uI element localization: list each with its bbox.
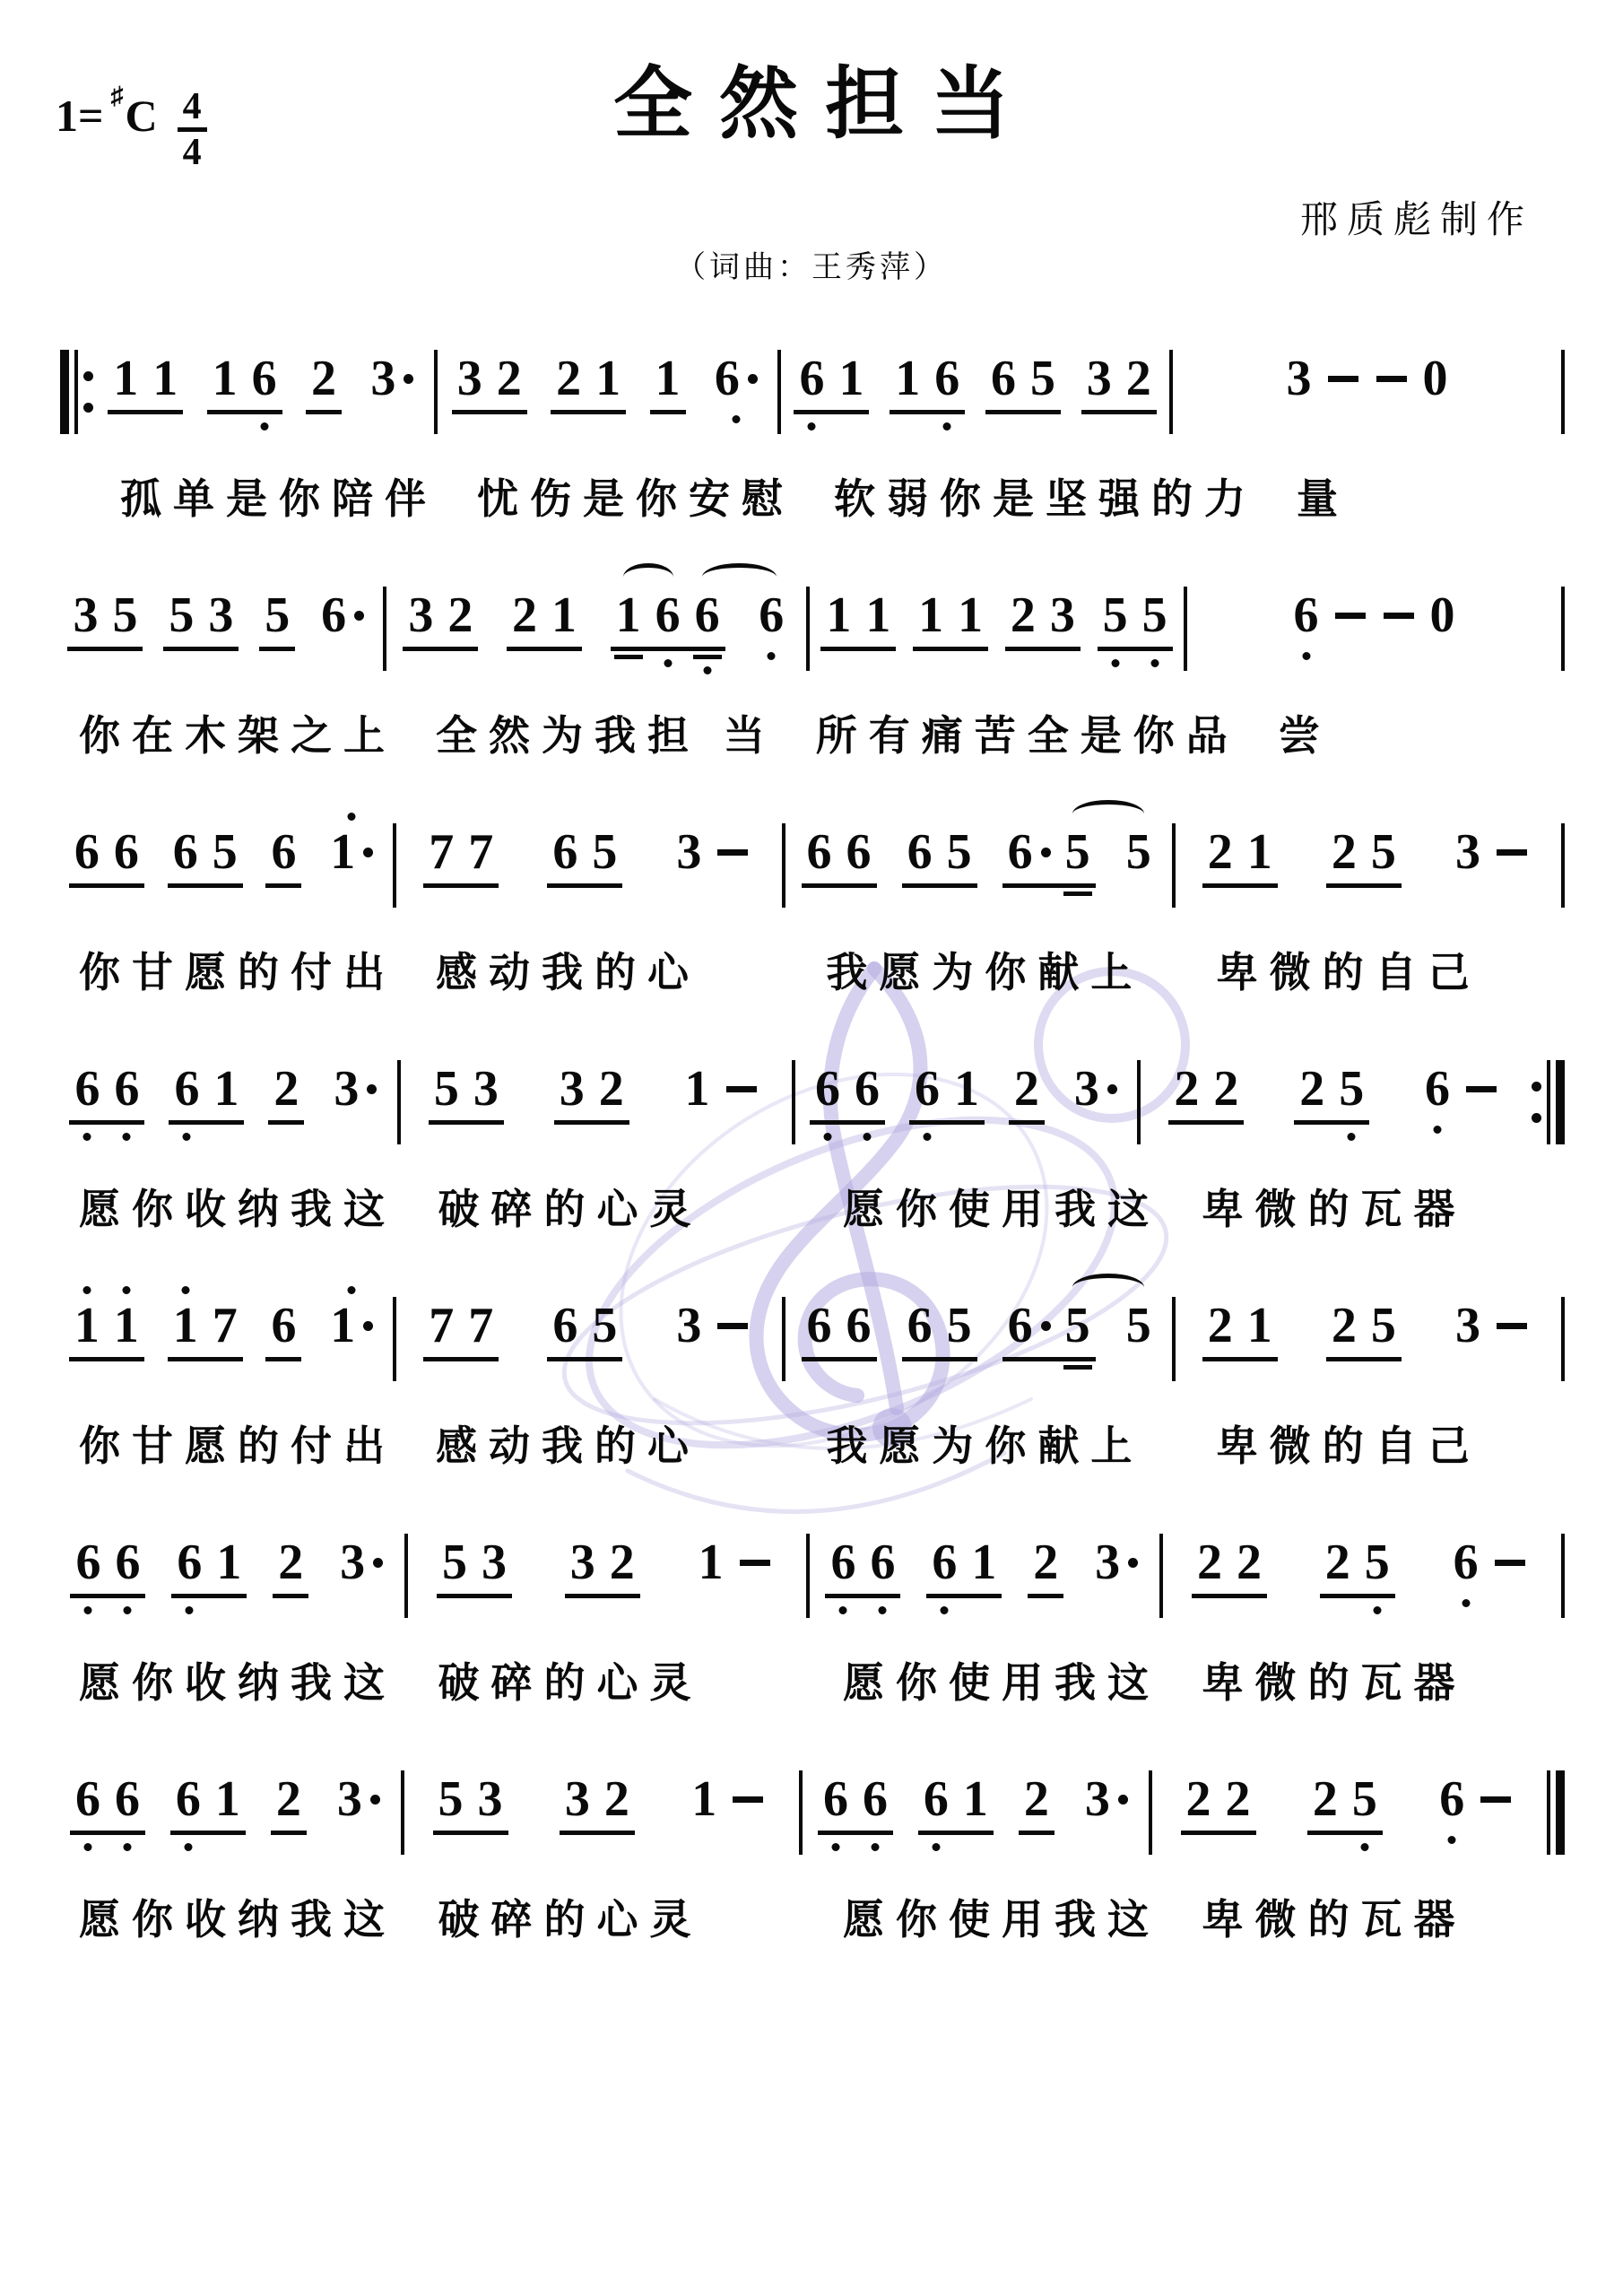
low-octave-dot (871, 1843, 879, 1851)
note: 3 (560, 1064, 585, 1114)
barline-bar (803, 570, 812, 671)
lyrics-row: 愿你收纳我这破碎的心灵愿你使用我这卑微的瓦器 (57, 1887, 1567, 1939)
high-octave-dot (181, 1286, 189, 1294)
eighth-beam (168, 883, 243, 888)
note: 3 (337, 1774, 380, 1824)
low-octave-dot (184, 1843, 192, 1851)
eighth-beam (1028, 1594, 1063, 1598)
note: 1 (173, 1300, 198, 1351)
beam-group: 2 (1015, 1774, 1058, 1824)
note: 1 (826, 590, 851, 640)
note: 6 (1008, 827, 1051, 877)
low-octave-dot (1150, 659, 1159, 667)
music-system: 6661235332166612322256愿你收纳我这破碎的心灵愿你使用我这卑… (57, 1518, 1567, 1702)
sixteenth-beam (1063, 1365, 1092, 1370)
dash-note (1335, 590, 1366, 640)
lyric-phrase: 愿你收纳我这 (57, 1887, 399, 1939)
eighth-beam (1326, 1357, 1402, 1361)
beam-group: 61 (165, 1064, 247, 1114)
low-octave-dot (1302, 652, 1310, 660)
score: 1116233221166116653230孤单是你陪伴忧伤是你安慰软弱你是坚强… (57, 334, 1567, 1991)
high-octave-dot (348, 813, 356, 821)
beam-group: 3 (1446, 1300, 1538, 1351)
high-octave-dot (82, 1286, 91, 1294)
beam-group: 11 (104, 353, 187, 404)
note: 5 (438, 1774, 464, 1824)
note: 1 (114, 1300, 139, 1351)
note: 6 (321, 590, 364, 640)
low-octave-dot (1373, 1606, 1381, 1614)
beam-group: 3 (1076, 1774, 1137, 1824)
eighth-beam (1081, 410, 1157, 414)
note: 5 (434, 1064, 459, 1114)
low-octave-dot (823, 1133, 831, 1141)
dash-note (717, 827, 748, 877)
note: 1 (152, 353, 178, 404)
beam-group: 2 (302, 353, 345, 404)
note: 5 (442, 1537, 467, 1587)
note: 2 (1332, 827, 1357, 877)
lyrics-row: 愿你收纳我这破碎的心灵愿你使用我这卑微的瓦器 (57, 1650, 1567, 1702)
note: 6 (991, 353, 1016, 404)
beam-group: 25 (1323, 827, 1405, 877)
measure: 21253 (1178, 807, 1558, 877)
beam-group: 3 (325, 1064, 386, 1114)
barline-bar (779, 807, 788, 908)
note: 2 (599, 1064, 624, 1114)
low-octave-dot (124, 1606, 132, 1614)
beam-group: 166 (607, 590, 729, 640)
note: 2 (1313, 1774, 1338, 1824)
beam-group: 25 (1290, 1064, 1373, 1114)
beam-group: 66 (798, 1300, 881, 1351)
beam-group: 60 (1285, 590, 1464, 640)
beam-group: 66 (65, 827, 148, 877)
eighth-beam (913, 647, 988, 651)
dash-note (1376, 353, 1407, 404)
beam-group: 6 (706, 353, 767, 404)
lyric-phrase: 卑微的自己 (1195, 940, 1567, 992)
note: 2 (1014, 1064, 1039, 1114)
beam-group: 53 (430, 1774, 512, 1824)
low-octave-dot (1111, 659, 1119, 667)
note: 3 (473, 1064, 499, 1114)
lyrics-row: 你甘愿的付出感动我的心我愿为你献上卑微的自己 (57, 940, 1567, 992)
composer-subtitle: （词曲：王秀萍） (0, 242, 1623, 286)
lyric-phrase: 感动我的心 (414, 940, 786, 992)
lyric-phrase: 你甘愿的付出 (57, 940, 396, 992)
beam-group: 61 (790, 353, 872, 404)
eighth-beam (273, 1594, 308, 1598)
beam-group: 65 (898, 827, 981, 877)
dash-note (1497, 1300, 1527, 1351)
sixteenth-beam (1063, 891, 1092, 896)
barline-bar (380, 570, 389, 671)
eighth-beam (902, 1357, 977, 1361)
beam-group: 32 (551, 1064, 633, 1114)
note: 2 (1024, 1774, 1049, 1824)
beam-group: 1 (321, 827, 382, 877)
beam-group: 1 (647, 353, 690, 404)
lyric-phrase: 愿你收纳我这 (57, 1650, 399, 1702)
eighth-beam (802, 1357, 877, 1361)
note: 5 (947, 827, 972, 877)
beam-group: 65 (999, 1300, 1099, 1351)
measure: 77653 (399, 807, 779, 877)
note: 7 (468, 1300, 493, 1351)
key-prefix: 1= (56, 93, 104, 138)
barline-bar (1558, 807, 1567, 908)
lyric-phrase: 愿你使用我这 (821, 1887, 1163, 1939)
barline-bar (390, 1281, 399, 1381)
note: 5 (1142, 590, 1167, 640)
measure: 30 (1176, 334, 1558, 404)
note: 7 (213, 1300, 238, 1351)
beam-group: 1 (321, 1300, 382, 1351)
beam-group: 5 (256, 590, 299, 640)
note: 1 (954, 1064, 979, 1114)
eighth-beam (259, 647, 295, 651)
note: 2 (1208, 827, 1233, 877)
sixteenth-beam (693, 655, 722, 659)
eighth-beam (69, 1120, 144, 1125)
low-octave-dot (123, 1843, 131, 1851)
note: 6 (1425, 1064, 1450, 1114)
lyric-phrase: 愿你收纳我这 (57, 1177, 399, 1229)
arranger-credit: 邢质彪制作 (1300, 190, 1533, 244)
note: 6 (552, 1300, 577, 1351)
time-denominator: 4 (178, 127, 207, 173)
low-octave-dot (1348, 1133, 1356, 1141)
barline-bar (1169, 807, 1178, 908)
dash-note (740, 1537, 770, 1587)
eighth-beam (171, 1594, 247, 1598)
measure: 22256 (1166, 1518, 1558, 1587)
note: 6 (915, 1064, 940, 1114)
note: 2 (1126, 353, 1151, 404)
eighth-beam (306, 410, 342, 414)
beam-group: 25 (1316, 1537, 1399, 1587)
note: 3 (676, 827, 701, 877)
low-octave-dot (839, 1606, 847, 1614)
eighth-beam (1098, 647, 1173, 651)
lyric-phrase: 破碎的心灵 (417, 1650, 803, 1702)
note: 7 (429, 1300, 454, 1351)
note: 6 (715, 353, 758, 404)
lyric-phrase: 卑微的瓦器 (1181, 1887, 1567, 1939)
eighth-beam (810, 1120, 885, 1125)
note: 2 (497, 353, 522, 404)
note: 1 (895, 353, 920, 404)
tie-arc (623, 563, 673, 591)
note: 1 (213, 1064, 239, 1114)
eighth-beam (69, 1357, 144, 1361)
note: 6 (173, 827, 198, 877)
dash-note (1466, 1064, 1497, 1114)
note: 2 (447, 590, 473, 640)
barline-bar (1558, 1518, 1567, 1618)
measure: 355356 (57, 570, 380, 640)
note: 2 (276, 1774, 301, 1824)
note: 6 (807, 827, 832, 877)
eighth-beam (611, 647, 725, 651)
note: 5 (1126, 827, 1151, 877)
beam-group: 25 (1323, 1300, 1405, 1351)
note: 2 (1213, 1064, 1238, 1114)
eighth-beam (429, 1120, 504, 1125)
beam-group: 6 (750, 590, 793, 640)
note: 3 (208, 590, 233, 640)
note: 5 (1352, 1774, 1377, 1824)
barline-bar (398, 1754, 407, 1855)
eighth-beam (1326, 883, 1402, 888)
note: 2 (1226, 1774, 1251, 1824)
barline-final (1544, 1754, 1567, 1855)
note: 3 (73, 590, 98, 640)
note: 3 (1085, 1774, 1128, 1824)
low-octave-dot (879, 1606, 887, 1614)
notes-row: 66656177653666565521253 (57, 807, 1567, 915)
lyric-phrase: 破碎的心灵 (417, 1887, 803, 1939)
sharp-icon: ♯ (111, 84, 124, 109)
note: 5 (213, 827, 238, 877)
beam-group: 25 (1304, 1774, 1386, 1824)
eighth-beam (902, 883, 977, 888)
dash-note (1480, 1774, 1511, 1824)
note: 3 (1455, 827, 1480, 877)
note: 1 (330, 1300, 373, 1351)
low-octave-dot (768, 652, 776, 660)
low-octave-dot (943, 422, 951, 430)
beam-group: 61 (167, 1774, 249, 1824)
beam-group: 61 (906, 1064, 988, 1114)
note: 6 (907, 1300, 933, 1351)
eighth-beam (1202, 883, 1278, 888)
measure: 21253 (1178, 1281, 1558, 1351)
note: 3 (334, 1064, 377, 1114)
eighth-beam (890, 410, 965, 414)
eighth-beam (70, 1594, 145, 1598)
measure: 61166532 (784, 334, 1167, 404)
note: 1 (113, 353, 138, 404)
note: 1 (963, 1774, 988, 1824)
beam-group: 66 (821, 1537, 904, 1587)
note: 6 (115, 1537, 140, 1587)
note: 5 (1126, 1300, 1151, 1351)
eighth-beam (1320, 1594, 1395, 1598)
note: 5 (592, 827, 617, 877)
eighth-beam (207, 410, 282, 414)
note: 2 (1011, 590, 1036, 640)
time-numerator: 4 (178, 86, 207, 127)
barline-bar (1167, 334, 1176, 434)
note: 1 (551, 590, 577, 640)
measure: 111761 (57, 1281, 390, 1351)
note: 1 (685, 1064, 710, 1114)
measure: 53321 (411, 1518, 803, 1587)
beam-group: 3 (1065, 1064, 1126, 1114)
beam-group: 35 (64, 590, 146, 640)
barline-bar (1134, 1044, 1143, 1144)
lyrics-row: 你在木架之上全然为我担 当所有痛苦全是你品尝 (57, 703, 1567, 755)
barline-bar (1181, 570, 1190, 671)
note: 5 (1065, 827, 1090, 877)
eighth-beam (169, 1120, 244, 1125)
augmentation-dot (354, 611, 364, 621)
eighth-beam (1202, 1357, 1278, 1361)
eighth-beam (650, 410, 686, 414)
low-octave-dot (808, 422, 816, 430)
low-octave-dot (932, 1843, 940, 1851)
note: 6 (932, 1537, 957, 1587)
note: 3 (570, 1537, 595, 1587)
barline-bar (796, 1754, 805, 1855)
song-title: 全然担当 (0, 41, 1623, 154)
tie-arc (702, 563, 777, 591)
beam-group: 66 (66, 1774, 149, 1824)
augmentation-dot (748, 374, 758, 384)
beam-group: 66 (66, 1537, 149, 1587)
beam-group: 22 (1188, 1537, 1271, 1587)
note: 3 (1087, 353, 1112, 404)
low-octave-dot (186, 1606, 194, 1614)
augmentation-dot (404, 374, 413, 384)
augmentation-dot (370, 1795, 380, 1805)
beam-group: 22 (1177, 1774, 1260, 1824)
beam-group: 11 (909, 590, 992, 640)
note: 2 (1197, 1537, 1222, 1587)
barline-bar (1169, 1281, 1178, 1381)
note: 1 (958, 590, 983, 640)
beam-group: 32 (561, 1537, 644, 1587)
repeat-dots (83, 350, 93, 434)
beam-group: 65 (543, 827, 626, 877)
note: 6 (271, 827, 296, 877)
low-octave-dot (260, 422, 268, 430)
beam-group: 2 (265, 1064, 308, 1114)
beam-group: 55 (1094, 590, 1176, 640)
eighth-beam (918, 1831, 994, 1835)
measure: 666123 (798, 1044, 1135, 1114)
eighth-beam (818, 1831, 893, 1835)
note: 3 (482, 1537, 507, 1587)
note: 3 (340, 1537, 383, 1587)
time-signature: 4 4 (178, 86, 207, 173)
beam-group: 66 (814, 1774, 897, 1824)
note: 5 (1339, 1064, 1364, 1114)
beam-group: 6 (262, 1300, 305, 1351)
measure: 22256 (1155, 1754, 1544, 1824)
augmentation-dot (367, 1084, 377, 1094)
eighth-beam (423, 1357, 499, 1361)
beam-group: 11 (817, 590, 899, 640)
music-system: 66656177653666565521253你甘愿的付出感动我的心我愿为你献上… (57, 807, 1567, 992)
notes-row: 1116233221166116653230 (57, 334, 1567, 441)
lyric-phrase: 卑微的自己 (1195, 1413, 1567, 1465)
notes-row: 6661235332166612322256 (57, 1754, 1567, 1862)
eighth-beam (1002, 1357, 1096, 1361)
music-system: 6661235332166612322256愿你收纳我这破碎的心灵愿你使用我这卑… (57, 1044, 1567, 1229)
lyric-phrase: 软弱你是坚强的力 (812, 466, 1257, 518)
note: 5 (1065, 1300, 1090, 1351)
tie-arc (1072, 1274, 1144, 1301)
beam-group: 2 (1024, 1537, 1067, 1587)
measure: 77653 (399, 1281, 779, 1351)
note: 6 (807, 1300, 832, 1351)
sheet-music-page: 全然担当 1=♯C 4 4 邢质彪制作 （词曲：王秀萍） 11162332211… (0, 0, 1623, 2296)
eighth-beam (551, 410, 626, 414)
lyric-phrase: 尝 (1257, 703, 1567, 755)
beam-group: 1 (690, 1537, 781, 1587)
note: 6 (1294, 590, 1319, 640)
beam-group: 66 (65, 1064, 148, 1114)
dash-note (1384, 590, 1414, 640)
note: 5 (1030, 353, 1055, 404)
note: 2 (278, 1537, 303, 1587)
beam-group: 65 (982, 353, 1064, 404)
notes-row: 11176177653666565521253 (57, 1281, 1567, 1388)
beam-group: 66 (806, 1064, 889, 1114)
eighth-beam (1192, 1594, 1267, 1598)
eighth-beam (1294, 1120, 1369, 1125)
music-system: 11176177653666565521253你甘愿的付出感动我的心我愿为你献上… (57, 1281, 1567, 1465)
measure: 22256 (1143, 1044, 1529, 1114)
note: 1 (655, 353, 681, 404)
note: 3 (1050, 590, 1075, 640)
note: 1 (699, 1537, 724, 1587)
beam-group: 32 (399, 590, 482, 640)
note: 3 (1095, 1537, 1138, 1587)
note: 6 (830, 1537, 855, 1587)
low-octave-dot (1462, 1599, 1470, 1607)
barline-bar (789, 1044, 798, 1144)
beam-group: 65 (999, 827, 1099, 877)
beam-group: 21 (503, 590, 586, 640)
eighth-beam (507, 647, 582, 651)
barline-repeat-begin (57, 334, 96, 434)
eighth-beam (268, 1120, 304, 1125)
note: 2 (1186, 1774, 1211, 1824)
measure: 666123 (57, 1518, 402, 1587)
dash-note (1495, 1537, 1525, 1587)
low-octave-dot (831, 1843, 839, 1851)
lyrics-row: 孤单是你陪伴忧伤是你安慰软弱你是坚强的力量 (57, 466, 1567, 518)
low-octave-dot (1434, 1126, 1442, 1134)
augmentation-dot (373, 1558, 383, 1568)
barline-bar (779, 1281, 788, 1381)
lyric-phrase: 感动我的心 (414, 1413, 786, 1465)
note: 3 (370, 353, 413, 404)
lyric-phrase: 所有痛苦全是你品 (794, 703, 1239, 755)
eighth-beam (1019, 1831, 1055, 1835)
eighth-beam (67, 647, 143, 651)
beam-group: 61 (168, 1537, 250, 1587)
music-system: 1116233221166116653230孤单是你陪伴忧伤是你安慰软弱你是坚强… (57, 334, 1567, 518)
beam-group: 22 (1165, 1064, 1247, 1114)
low-octave-dot (1360, 1843, 1368, 1851)
measure: 666561 (57, 807, 390, 877)
note: 6 (174, 1064, 199, 1114)
note: 1 (616, 590, 641, 640)
music-system: 355356322116661111235560你在木架之上全然为我担 当所有痛… (57, 570, 1567, 755)
note: 6 (1454, 1537, 1479, 1587)
beam-group: 65 (543, 1300, 626, 1351)
tie-arc (1072, 800, 1144, 828)
barline-bar (395, 1044, 404, 1144)
note: 3 (478, 1774, 503, 1824)
measure: 322116 (440, 334, 776, 404)
eighth-beam (1307, 1831, 1383, 1835)
